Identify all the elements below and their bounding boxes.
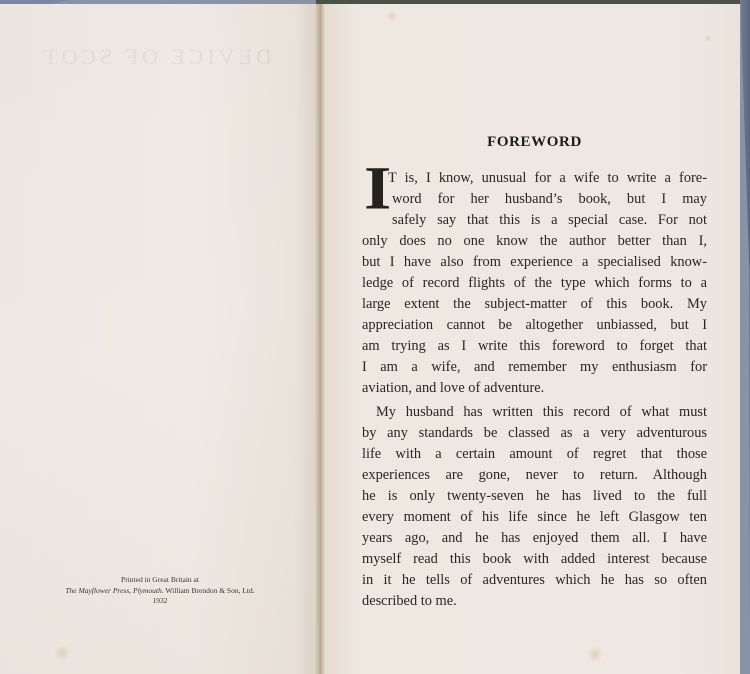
imprint-press-name: The Mayflower Press, Plymouth. [65,586,163,595]
paper-stain [704,34,712,42]
text-line: in it he tells of adventures which he ha… [362,570,707,590]
printer-imprint: Printed in Great Britain at The Mayflowe… [30,575,290,607]
text-line: aviation, and love of adventure. [362,378,707,398]
left-page: DEVICE OF SCOT Printed in Great Britain … [0,4,320,674]
text-line: My husband has written this record of wh… [376,402,707,422]
imprint-year: 1932 [30,596,290,607]
text-line: experiences are gone, never to return. A… [362,465,707,485]
text-line: but I have also from experience a specia… [362,252,707,272]
text-line: described to me. [362,591,707,611]
show-through-text: DEVICE OF SCOT [40,44,272,70]
text-line: he is only twenty-seven he has lived to … [362,486,707,506]
text-line: appreciation cannot be altogether unbias… [362,315,707,335]
text-line: years ago, and he has enjoyed them all. … [362,528,707,548]
text-line: life with a certain amount of regret tha… [362,444,707,464]
text-line: only does no one know the author better … [362,231,707,251]
paper-stain [55,644,69,662]
text-line: large extent the subject-matter of this … [362,294,707,314]
imprint-line-1: Printed in Great Britain at [30,575,290,586]
text-line: myself read this book with added interes… [362,549,707,569]
imprint-printer: William Brendon & Son, Ltd. [164,586,255,595]
imprint-line-2: The Mayflower Press, Plymouth. William B… [30,586,290,597]
text-line: word for her husband’s book, but I may [392,189,707,209]
text-line: by any standards be classed as a very ad… [362,423,707,443]
paper-stain [386,10,398,22]
text-line: I am a wife, and remember my enthusiasm … [362,357,707,377]
text-line: am trying as I write this foreword to fo… [362,336,707,356]
book-gutter [314,4,326,674]
book-spread: DEVICE OF SCOT Printed in Great Britain … [0,0,750,674]
text-line: ledge of record flights of the type whic… [362,273,707,293]
page-title: FOREWORD [362,134,707,151]
paper-stain [588,644,602,664]
text-line: T is, I know, unusual for a wife to writ… [388,168,707,188]
text-line: every moment of his life since he left G… [362,507,707,527]
text-line: safely say that this is a special case. … [392,210,707,230]
